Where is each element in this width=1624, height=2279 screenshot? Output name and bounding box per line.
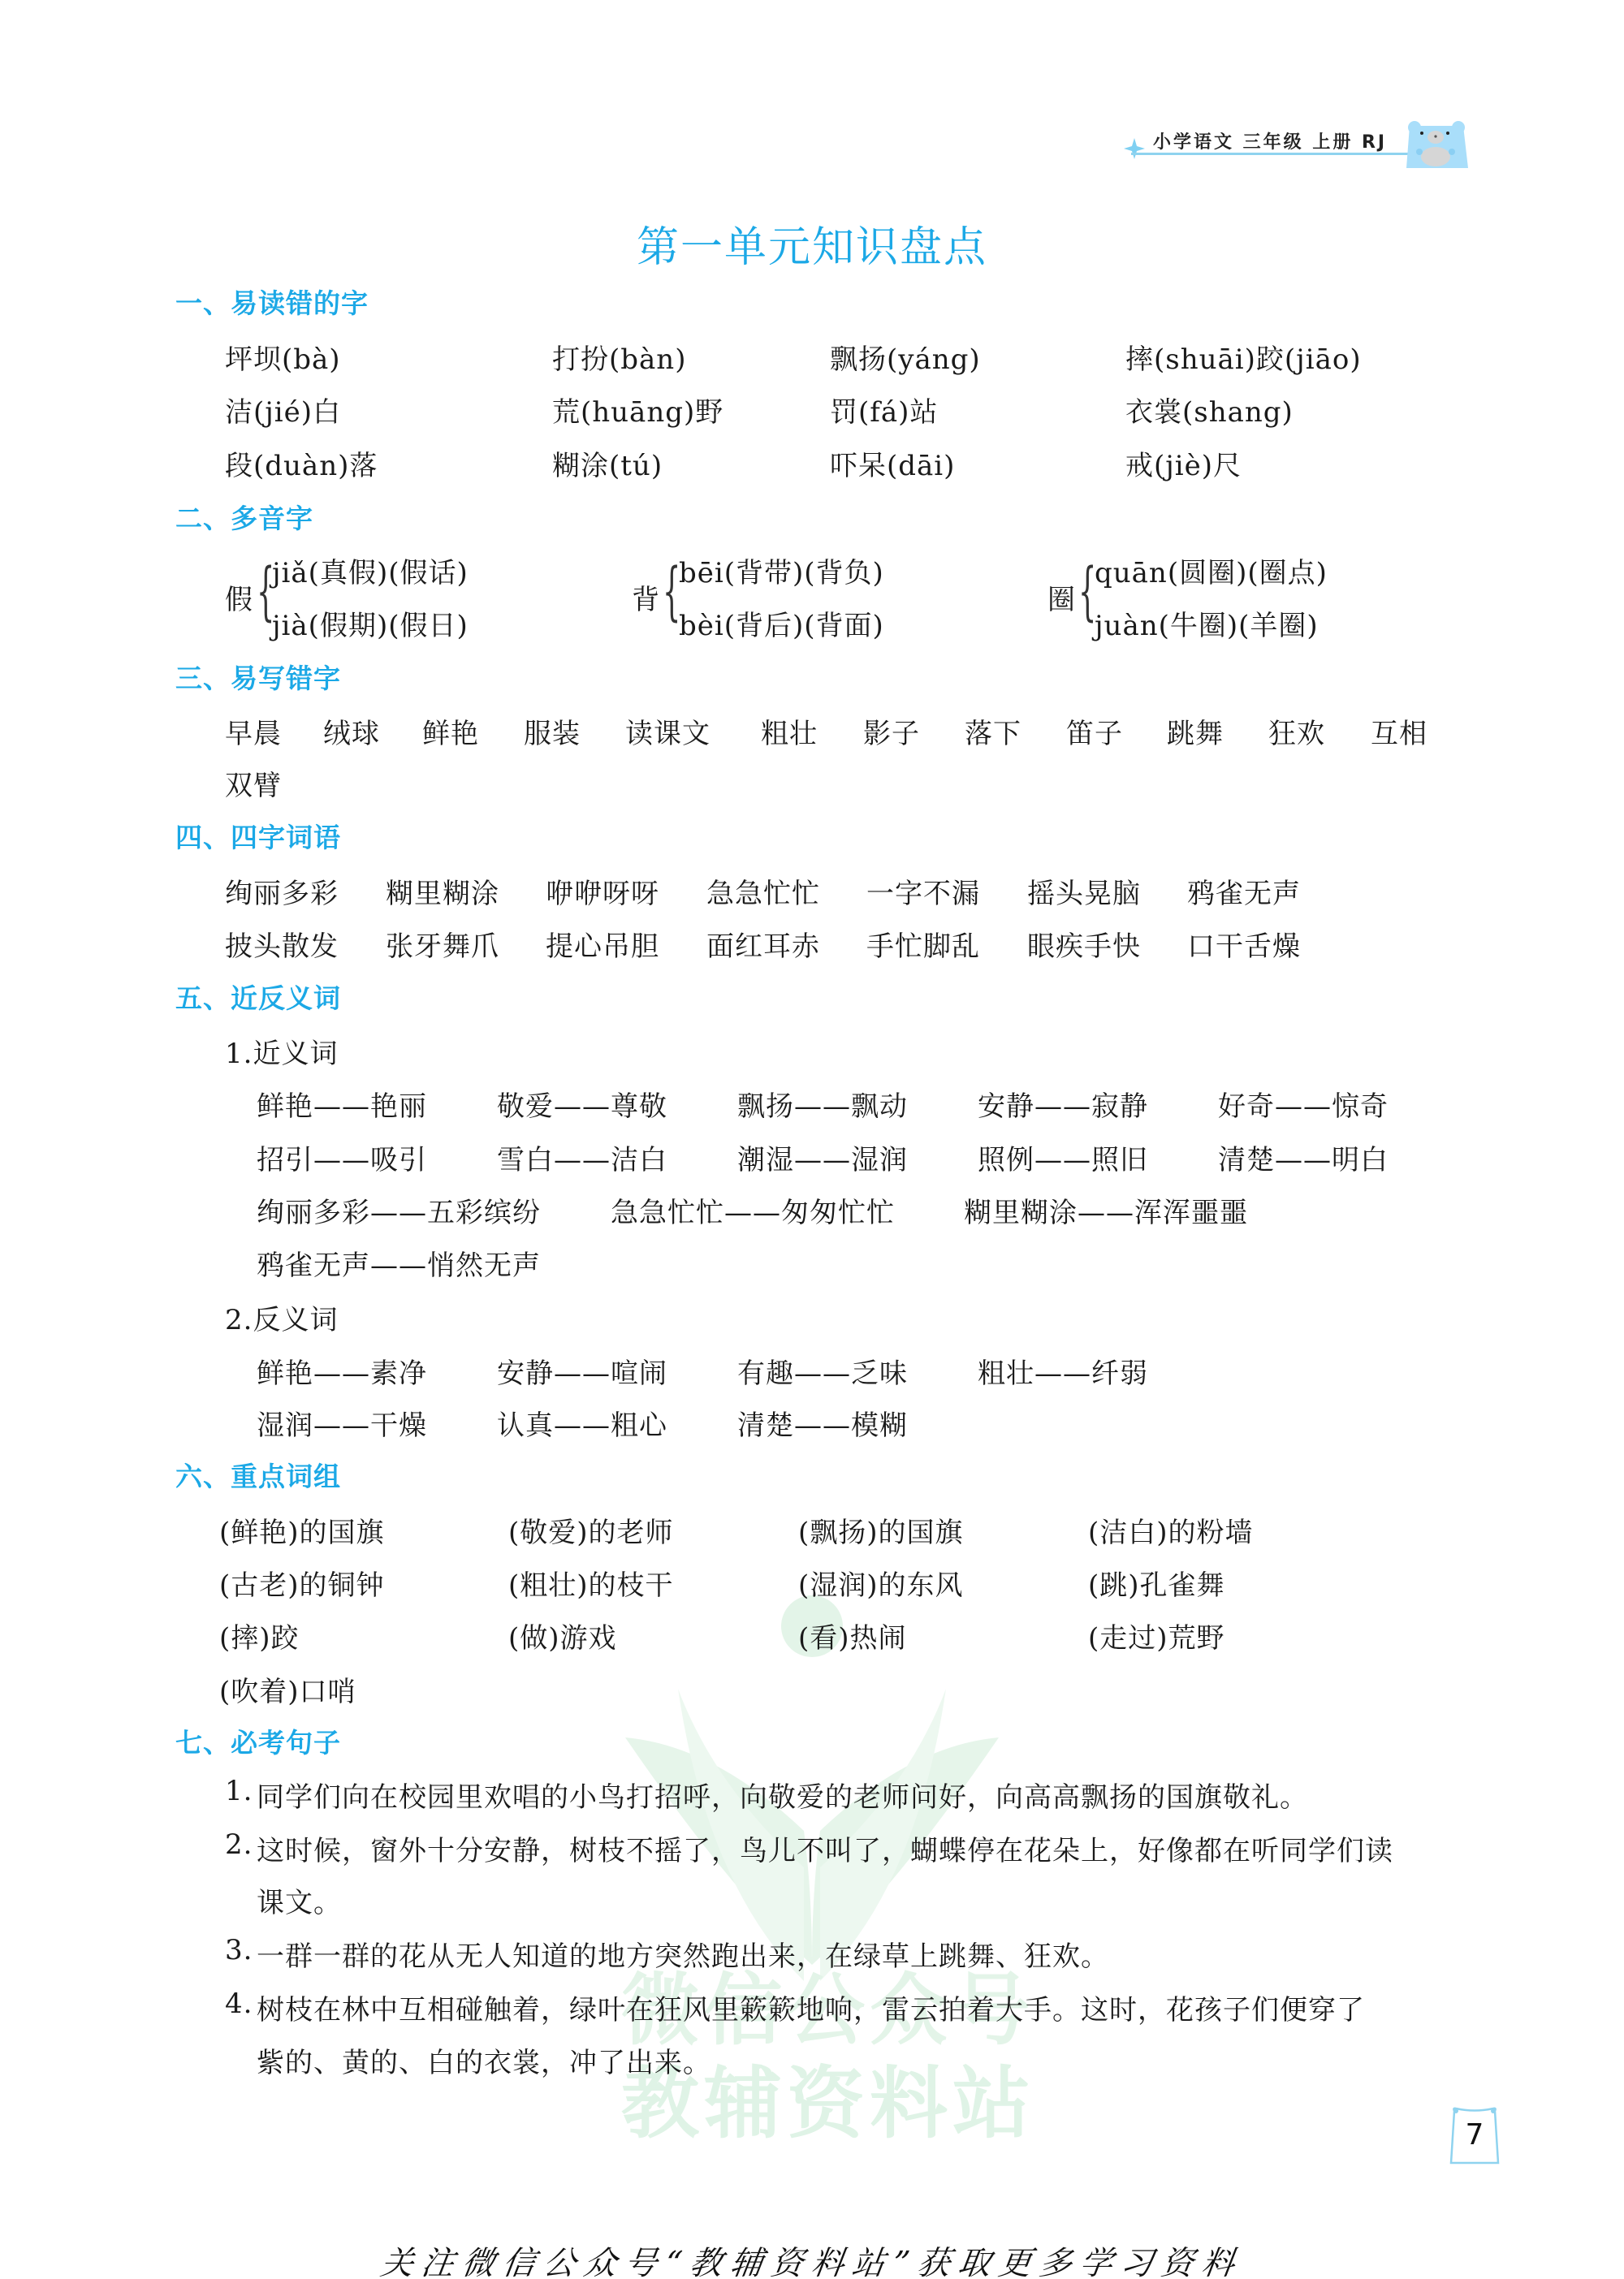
word-pair: 糊里糊涂——浑浑噩噩: [964, 1190, 1248, 1230]
idiom: 糊里糊涂: [386, 871, 499, 911]
word: 狂欢: [1268, 711, 1325, 751]
idiom: 一字不漏: [866, 871, 980, 911]
page-number: 7: [1449, 2111, 1500, 2160]
book-label: 小学语文 三年级 上册 RJ: [1153, 128, 1387, 153]
brace-icon: {: [663, 560, 680, 624]
sentence-number: 3.: [225, 1934, 253, 1966]
list-item: 坪坝(bà): [225, 337, 341, 377]
word: 服装: [524, 711, 581, 751]
section-heading-1: 一、易读错的字: [175, 283, 369, 321]
section-heading-6: 六、重点词组: [175, 1456, 341, 1494]
idiom: 急急忙忙: [706, 871, 820, 911]
word-pair: 有趣——乏味: [737, 1351, 908, 1391]
idiom: 咿咿呀呀: [546, 871, 659, 911]
phrase: (湿润)的东风: [798, 1563, 964, 1603]
word-pair: 安静——喧闹: [497, 1351, 667, 1391]
page-title: 第一单元知识盘点: [0, 213, 1624, 274]
word-pair: 清楚——模糊: [737, 1403, 908, 1443]
section-heading-4: 四、四字词语: [175, 817, 341, 855]
sentence-line: 同学们向在校园里欢唱的小鸟打招呼，向敬爱的老师问好，向高高飘扬的国旗敬礼。: [257, 1775, 1308, 1815]
list-item: 洁(jié)白: [225, 390, 341, 429]
idiom: 鸦雀无声: [1187, 871, 1301, 911]
reading: jià(假期)(假日): [272, 603, 469, 643]
section-heading-3: 三、易写错字: [175, 658, 341, 696]
phrase: (看)热闹: [798, 1616, 907, 1655]
list-item: 衣裳(shang): [1125, 390, 1294, 429]
phrase: (做)游戏: [508, 1616, 617, 1655]
list-item: 荒(huāng)野: [552, 390, 723, 429]
word: 双臂: [225, 763, 282, 803]
word: 笛子: [1066, 711, 1123, 751]
sentence-number: 1.: [225, 1775, 253, 1807]
word: 互相: [1371, 711, 1427, 751]
word: 鲜艳: [422, 711, 479, 751]
word-pair: 鲜艳——素净: [257, 1351, 427, 1391]
idiom: 摇头晃脑: [1027, 871, 1141, 911]
phrase: (敬爱)的老师: [508, 1510, 674, 1550]
word: 绒球: [323, 711, 380, 751]
word-pair: 绚丽多彩——五彩缤纷: [257, 1190, 541, 1230]
word-pair: 鲜艳——艳丽: [257, 1084, 427, 1124]
word-pair: 敬爱——尊敬: [497, 1084, 667, 1124]
list-item: 吓呆(dāi): [830, 443, 955, 483]
word: 早晨: [225, 711, 282, 751]
phrase: (吹着)口哨: [219, 1669, 356, 1709]
reading: bēi(背带)(背负): [679, 550, 884, 590]
phrase: (洁白)的粉墙: [1088, 1510, 1254, 1550]
list-item: 摔(shuāi)跤(jiāo): [1125, 337, 1362, 377]
sentence-line: 树枝在林中互相碰触着，绿叶在狂风里簌簌地响，雷云拍着大手。这时，花孩子们便穿了: [257, 1988, 1365, 2027]
word-pair: 粗壮——纤弱: [978, 1351, 1148, 1391]
word-pair: 清楚——明白: [1218, 1137, 1389, 1177]
reading: quān(圆圈)(圈点): [1095, 550, 1328, 590]
subheading-synonyms: 1.近义词: [225, 1031, 338, 1071]
list-item: 糊涂(tú): [552, 443, 663, 483]
sentence-line: 课文。: [257, 1880, 342, 1920]
word-pair: 安静——寂静: [978, 1084, 1148, 1124]
reading: jiǎ(真假)(假话): [272, 550, 469, 590]
sentence-line: 一群一群的花从无人知道的地方突然跑出来，在绿草上跳舞、狂欢。: [257, 1934, 1109, 1974]
idiom: 面红耳赤: [706, 924, 820, 964]
idiom: 口干舌燥: [1187, 924, 1301, 964]
footer-note: 关注微信公众号“教辅资料站”获取更多学习资料: [0, 2238, 1624, 2279]
star-icon: [1122, 136, 1147, 161]
word-pair: 雪白——洁白: [497, 1137, 667, 1177]
word-pair: 湿润——干燥: [257, 1403, 427, 1443]
sentence-line: 紫的、黄的、白的衣裳，冲了出来。: [257, 2040, 711, 2080]
idiom: 绚丽多彩: [225, 871, 339, 911]
phrase: (跳)孔雀舞: [1088, 1563, 1225, 1603]
section-heading-7: 七、必考句子: [175, 1722, 341, 1760]
list-item: 段(duàn)落: [225, 443, 378, 483]
word-pair: 好奇——惊奇: [1218, 1084, 1389, 1124]
word: 跳舞: [1167, 711, 1224, 751]
brace-icon: {: [1078, 560, 1096, 624]
polyphone-char: 背: [632, 577, 660, 617]
sentence-number: 4.: [225, 1988, 253, 2020]
subheading-antonyms: 2.反义词: [225, 1297, 338, 1337]
sentence-line: 这时候，窗外十分安静，树枝不摇了，鸟儿不叫了，蝴蝶停在花朵上，好像都在听同学们读: [257, 1828, 1393, 1868]
list-item: 罚(fá)站: [830, 390, 938, 429]
phrase: (飘扬)的国旗: [798, 1510, 964, 1550]
phrase: (走过)荒野: [1088, 1616, 1225, 1655]
word-pair: 照例——照旧: [978, 1137, 1148, 1177]
idiom: 披头散发: [225, 924, 339, 964]
word-pair: 鸦雀无声——悄然无声: [257, 1243, 541, 1283]
phrase: (粗壮)的枝干: [508, 1563, 674, 1603]
word-pair: 潮湿——湿润: [737, 1137, 908, 1177]
word-pair: 认真——粗心: [497, 1403, 667, 1443]
polyphone-char: 圈: [1047, 577, 1076, 617]
phrase: (摔)跤: [219, 1616, 300, 1655]
section-heading-5: 五、近反义词: [175, 978, 341, 1016]
list-item: 飘扬(yáng): [830, 337, 981, 377]
word-pair: 急急忙忙——匆匆忙忙: [611, 1190, 895, 1230]
word: 读课文: [625, 711, 710, 751]
phrase: (古老)的铜钟: [219, 1563, 385, 1603]
idiom: 手忙脚乱: [866, 924, 980, 964]
word: 影子: [863, 711, 920, 751]
word: 粗壮: [761, 711, 818, 751]
phrase: (鲜艳)的国旗: [219, 1510, 385, 1550]
polyphone-char: 假: [225, 577, 253, 617]
sentence-number: 2.: [225, 1828, 253, 1861]
section-heading-2: 二、多音字: [175, 498, 313, 536]
idiom: 眼疾手快: [1027, 924, 1141, 964]
reading: bèi(背后)(背面): [679, 603, 884, 643]
list-item: 戒(jiè)尺: [1125, 443, 1242, 483]
word-pair: 飘扬——飘动: [737, 1084, 908, 1124]
idiom: 张牙舞爪: [386, 924, 499, 964]
idiom: 提心吊胆: [546, 924, 659, 964]
bear-mascot-icon: [1403, 119, 1478, 170]
word: 落下: [965, 711, 1021, 751]
word-pair: 招引——吸引: [257, 1137, 427, 1177]
list-item: 打扮(bàn): [552, 337, 686, 377]
reading: juàn(牛圈)(羊圈): [1095, 603, 1319, 643]
